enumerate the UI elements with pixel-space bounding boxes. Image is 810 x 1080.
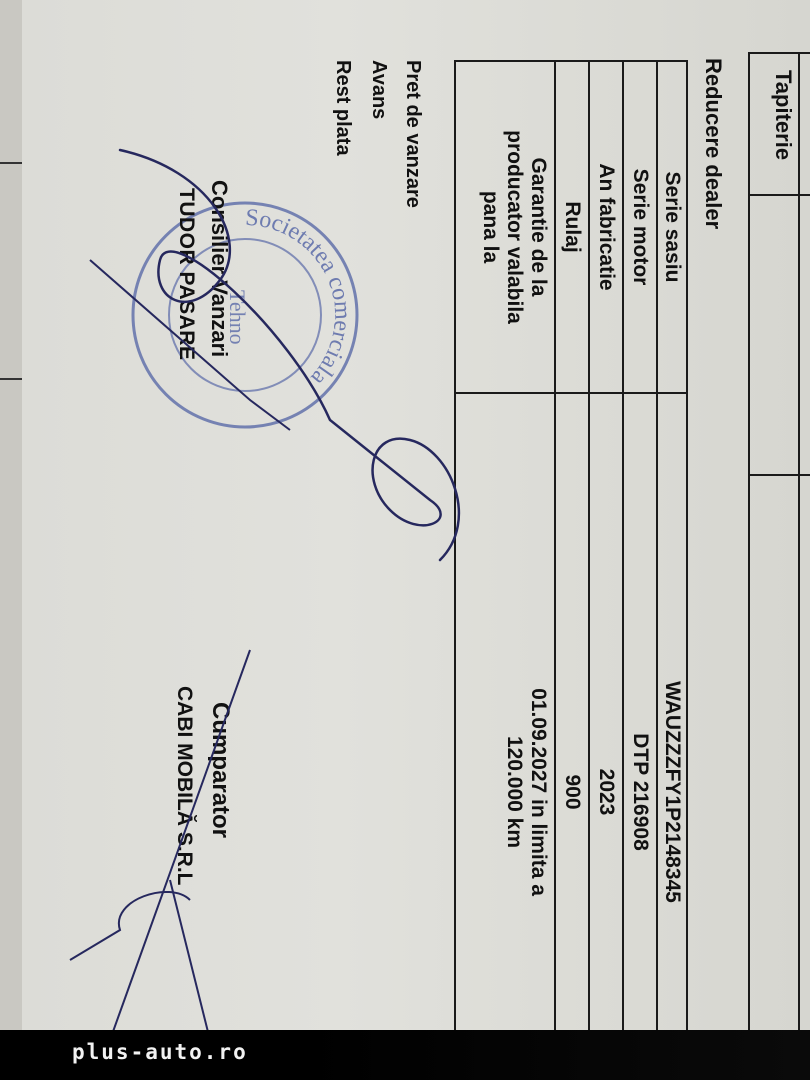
table-cell: Tapiterie: [750, 54, 810, 196]
table-row-warranty: Garantie de la producator valabila pana …: [454, 62, 554, 1050]
seller-role: Consilier Vanzari: [206, 180, 232, 357]
row-label: Rulaj: [556, 62, 588, 394]
table-line: [798, 474, 800, 1050]
row-label: Serie motor: [624, 62, 656, 394]
rotated-document: Tapiterie Reducere dealer Serie sasiu WA…: [22, 0, 810, 1040]
warranty-label-line: pana la: [478, 62, 502, 392]
table-row: An fabricatie 2023: [588, 62, 622, 1050]
buyer-name: CABI MOBILĂ S.R.L: [172, 686, 196, 886]
row-value: 900: [556, 394, 588, 1050]
table-line: [0, 162, 22, 164]
table-row: Serie motor DTP 216908: [622, 62, 656, 1050]
underlying-text: Marca: [0, 390, 2, 432]
watermark-bar: plus-auto.ro: [0, 1030, 810, 1080]
section-title: Reducere dealer: [700, 58, 726, 229]
row-label: Serie sasiu: [658, 62, 686, 394]
advance-label: Avans: [367, 60, 390, 119]
remaining-payment-label: Rest plata: [331, 60, 354, 156]
top-table: Tapiterie: [748, 52, 810, 1052]
row-value: WAUZZZFY1P2148345: [658, 394, 686, 1050]
warranty-value-line: 01.09.2027 in limita a: [526, 534, 550, 1050]
underlying-text: ret,: [0, 1008, 2, 1025]
warranty-label-line: Garantie de la: [526, 62, 550, 392]
row-value: DTP 216908: [624, 394, 656, 1050]
row-value: 2023: [590, 394, 622, 1050]
price-label: Pret de vanzare: [401, 60, 424, 208]
warranty-value-line: 120.000 km: [502, 534, 526, 1050]
svg-text:Societatea comerciala: Societatea comerciala: [244, 205, 355, 391]
table-row: Serie sasiu WAUZZZFY1P2148345: [656, 62, 686, 1050]
table-line: [798, 54, 800, 194]
vehicle-table: Serie sasiu WAUZZZFY1P2148345 Serie moto…: [454, 60, 688, 1050]
row-label: An fabricatie: [590, 62, 622, 394]
tapiterie-label: Tapiterie: [770, 70, 796, 160]
seller-name: TUDOR PASARE: [174, 188, 198, 360]
row-label: Garantie de la producator valabila pana …: [454, 62, 554, 394]
stamp-text: Societatea comerciala: [244, 205, 355, 391]
table-row: Rulaj 900: [554, 62, 588, 1050]
table-cell: [750, 194, 810, 476]
table-line: [798, 194, 800, 474]
table-line: [0, 378, 22, 380]
contract-page: Tapiterie Reducere dealer Serie sasiu WA…: [22, 0, 810, 1040]
watermark-fade: [296, 1030, 810, 1080]
watermark-text: plus-auto.ro: [72, 1040, 248, 1064]
row-value: 01.09.2027 in limita a 120.000 km: [454, 394, 554, 1050]
buyer-role: Cumparator: [206, 702, 234, 838]
warranty-label-line: producator valabila: [502, 62, 526, 392]
company-stamp-icon: Societatea comerciala Tehno: [120, 190, 370, 440]
